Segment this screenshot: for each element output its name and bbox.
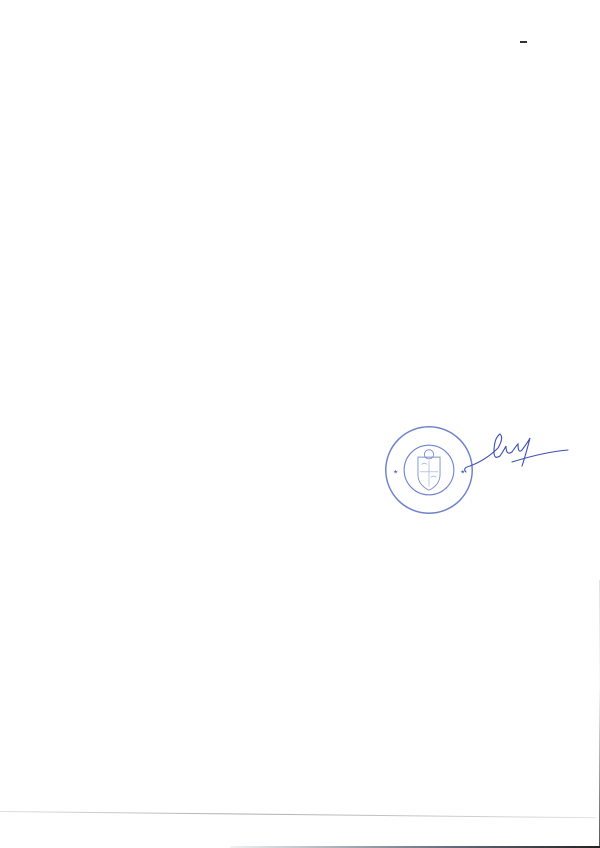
scan-artifact-line — [0, 811, 596, 818]
document-page: ★ ★ — [0, 0, 600, 848]
official-stamp-icon: ★ ★ — [383, 424, 475, 516]
signature-icon — [464, 430, 574, 480]
scan-mark — [520, 41, 527, 43]
svg-text:★: ★ — [393, 470, 398, 476]
